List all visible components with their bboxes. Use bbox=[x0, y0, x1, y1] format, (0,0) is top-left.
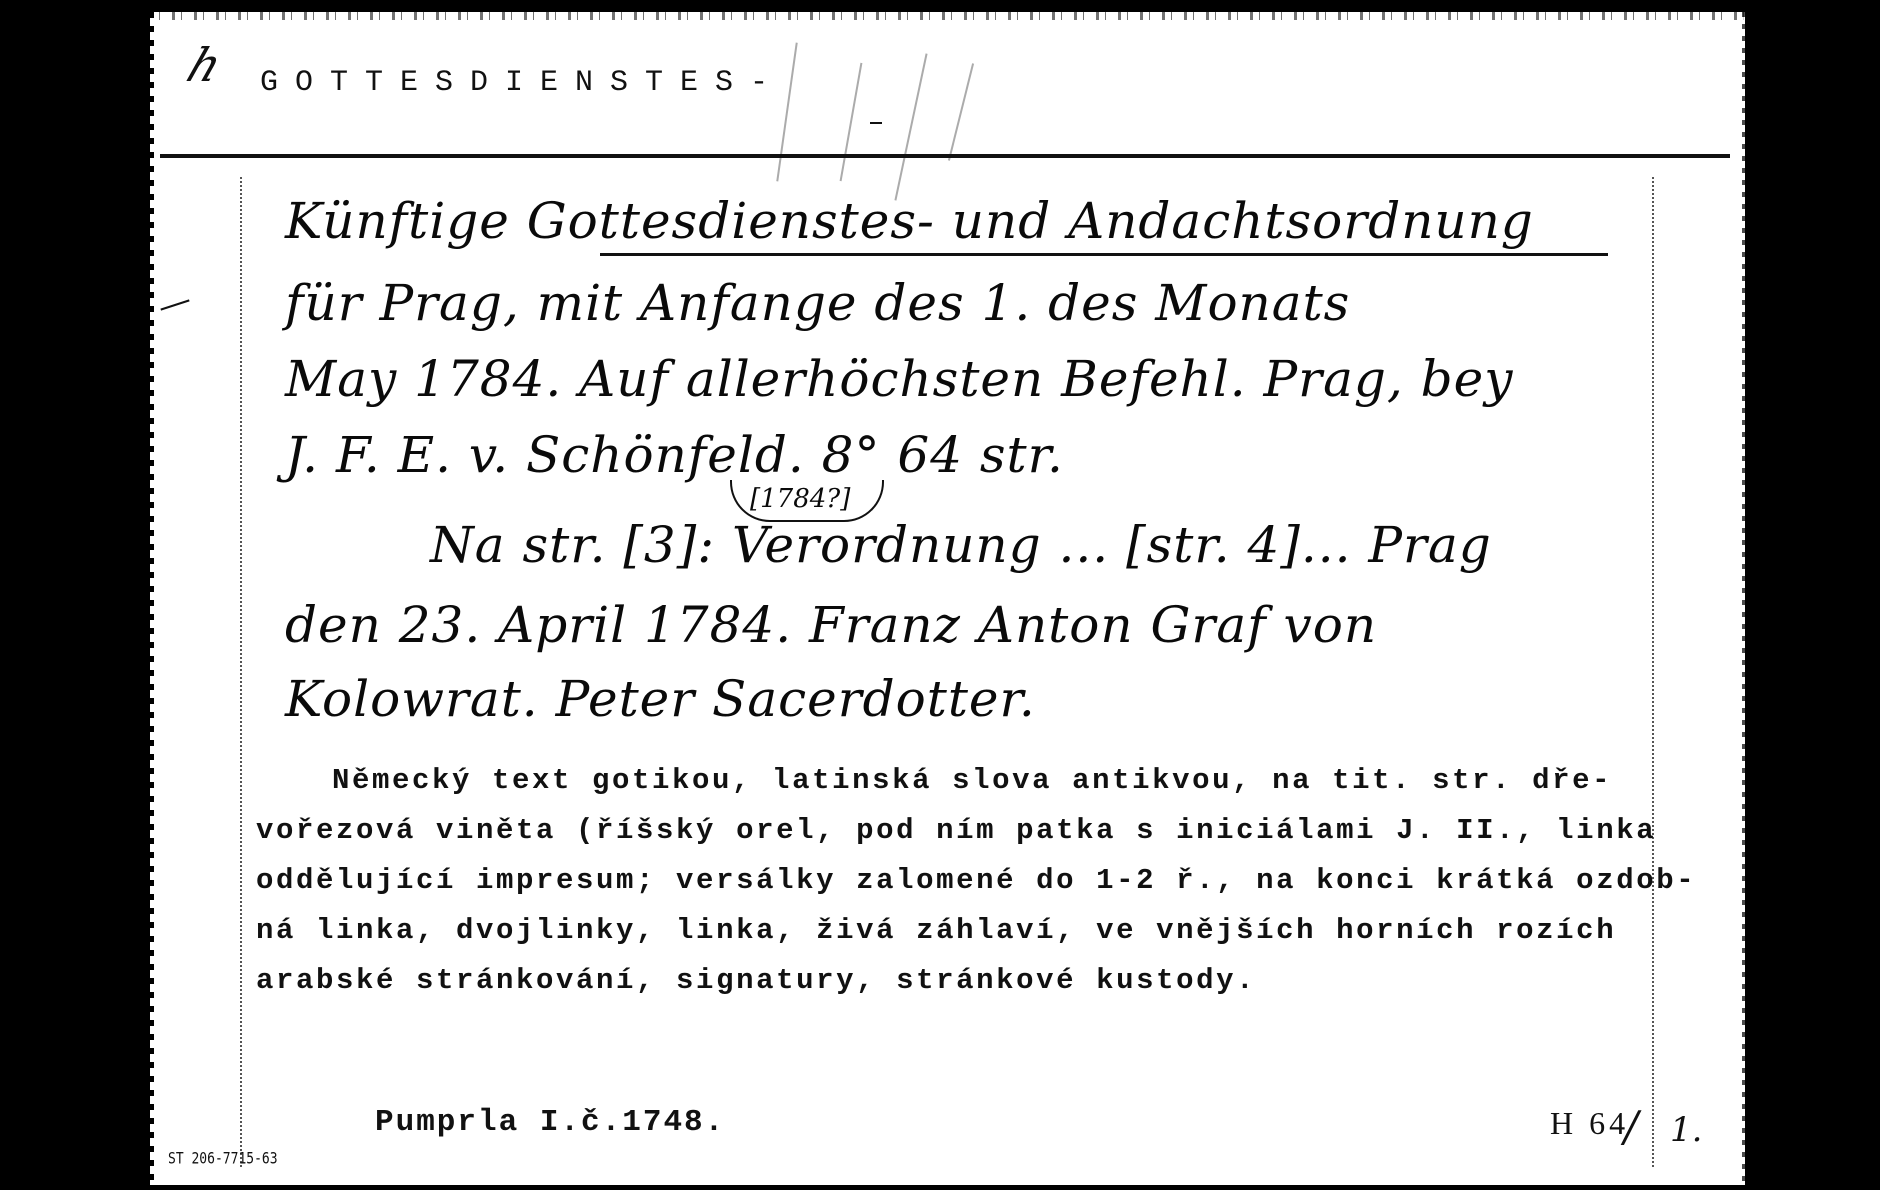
bleed-through-mark bbox=[776, 43, 797, 182]
dash-mark bbox=[870, 122, 882, 124]
card-heading: GOTTESDIENSTES- bbox=[260, 66, 785, 100]
bibliographic-reference: Pumprla I.č.1748. bbox=[375, 1105, 725, 1140]
catalog-card: h GOTTESDIENSTES- Künftige Gottesdienste… bbox=[150, 12, 1745, 1185]
scan-left-edge bbox=[150, 12, 154, 1185]
handwritten-line-2: für Prag, mit Anfange des 1. des Monats bbox=[285, 274, 1350, 332]
typed-line-3: oddělující impresum; versálky zalomené d… bbox=[256, 864, 1696, 897]
handwritten-line-5: Na str. [3]: Verordnung ... [str. 4]... … bbox=[430, 516, 1492, 574]
handwritten-line-6: den 23. April 1784. Franz Anton Graf von bbox=[285, 596, 1377, 654]
title-underline bbox=[600, 253, 1608, 256]
corner-initial-mark: h bbox=[180, 38, 229, 92]
shelf-mark: H 64 bbox=[1550, 1105, 1629, 1142]
print-stamp: ST 206-7715-63 bbox=[168, 1151, 278, 1169]
typed-line-1: Německý text gotikou, latinská slova ant… bbox=[332, 764, 1612, 797]
handwritten-line-4: J. F. E. v. Schönfeld. 8° 64 str. bbox=[285, 426, 1064, 484]
typed-line-5: arabské stránkování, signatury, stránkov… bbox=[256, 964, 1256, 997]
date-note: [1784?] bbox=[750, 484, 850, 514]
handwritten-line-7: Kolowrat. Peter Sacerdotter. bbox=[285, 670, 1036, 728]
left-margin-guide bbox=[240, 177, 242, 1167]
handwritten-line-3: May 1784. Auf allerhöchsten Befehl. Prag… bbox=[285, 350, 1514, 408]
bleed-through-mark bbox=[840, 63, 863, 182]
shelf-suffix: 1. bbox=[1670, 1110, 1702, 1150]
right-margin-guide bbox=[1652, 177, 1654, 1167]
typed-line-2: vořezová viněta (říšský orel, pod ním pa… bbox=[256, 814, 1656, 847]
header-rule bbox=[160, 154, 1730, 158]
shelf-slash-mark: / bbox=[1624, 1102, 1638, 1151]
margin-tick-mark bbox=[160, 299, 189, 310]
typed-line-4: ná linka, dvojlinky, linka, živá záhlaví… bbox=[256, 914, 1616, 947]
scan-right-edge bbox=[1742, 12, 1745, 1185]
bleed-through-mark bbox=[894, 53, 927, 200]
handwritten-line-1: Künftige Gottesdienstes- und Andachtsord… bbox=[285, 192, 1534, 250]
scan-edge-noise bbox=[150, 12, 1745, 20]
bleed-through-mark bbox=[948, 63, 974, 161]
